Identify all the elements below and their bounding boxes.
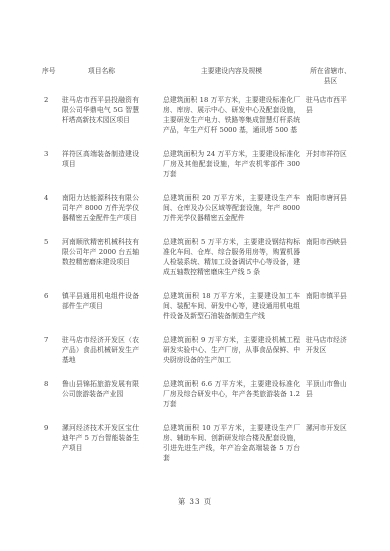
table-header-row: 序号 项目名称 主要建设内容及规模 所在省辖市、县区 — [40, 66, 354, 95]
projects-table: 序号 项目名称 主要建设内容及规模 所在省辖市、县区 2 驻马店市西平县投融资有… — [40, 66, 354, 477]
cell-location: 平顶山市鲁山县 — [306, 379, 354, 423]
cell-name: 驻马店市经济开发区（农产品）食品机械研发生产基地 — [62, 335, 163, 379]
cell-no: 5 — [40, 237, 62, 291]
cell-location: 南阳市唐河县 — [306, 193, 354, 237]
header-location: 所在省辖市、县区 — [306, 66, 354, 95]
cell-name: 鲁山县锦拓旅游发展有限公司旅游装备产业园 — [62, 379, 163, 423]
table-row: 4 南阳力达能源科技有限公司年产 8000 万件光学仪器精密五金配件生产项目 总… — [40, 193, 354, 237]
cell-name: 漯河经济技术开发区宝仕迪年产 5 万台智能装备生产项目 — [62, 423, 163, 477]
cell-no: 6 — [40, 291, 62, 335]
cell-no: 9 — [40, 423, 62, 477]
cell-content: 总建筑面积 18 万平方米，主要建设标准化厂房、库房、展示中心、研发中心及配套设… — [163, 95, 306, 149]
table-row: 9 漯河经济技术开发区宝仕迪年产 5 万台智能装备生产项目 总建筑面积 10 万… — [40, 423, 354, 477]
cell-content: 总建筑面积为 24 万平方米，主要建设标准化厂房及其他配套设施，年产农机零部件 … — [163, 149, 306, 193]
cell-location: 驻马店市经济开发区 — [306, 335, 354, 379]
cell-location: 南阳市镇平县 — [306, 291, 354, 335]
cell-content: 总建筑面积 6.6 万平方米，主要建设标准化厂房及综合研发中心，年产各类旅游装备… — [163, 379, 306, 423]
cell-no: 4 — [40, 193, 62, 237]
table-row: 2 驻马店市西平县投融资有限公司华鼎电气 5G 智慧杆塔高新技术园区项目 总建筑… — [40, 95, 354, 149]
cell-no: 2 — [40, 95, 62, 149]
cell-content: 总建筑面积 20 万平方米，主要建设生产车间、仓库及办公区域等配套设施，年产 8… — [163, 193, 306, 237]
cell-location: 开封市祥符区 — [306, 149, 354, 193]
cell-content: 总建筑面积 18 万平方米，主要建设加工车间、装配车间、研发中心等，建设通用机电… — [163, 291, 306, 335]
cell-no: 3 — [40, 149, 62, 193]
table-row: 5 河南顺欣精密机械科技有限公司年产 2000 台五轴数控精密磨床建设项目 总建… — [40, 237, 354, 291]
cell-location: 驻马店市西平县 — [306, 95, 354, 149]
header-name: 项目名称 — [62, 66, 163, 95]
cell-no: 7 — [40, 335, 62, 379]
cell-name: 河南顺欣精密机械科技有限公司年产 2000 台五轴数控精密磨床建设项目 — [62, 237, 163, 291]
cell-content: 总建筑面积 5 万平方米，主要建设钢结构标准化车间、仓库、综合服务用房等，购置机… — [163, 237, 306, 291]
cell-name: 镇平县通用机电组件设备部件生产项目 — [62, 291, 163, 335]
header-no: 序号 — [40, 66, 62, 95]
cell-name: 南阳力达能源科技有限公司年产 8000 万件光学仪器精密五金配件生产项目 — [62, 193, 163, 237]
table-row: 7 驻马店市经济开发区（农产品）食品机械研发生产基地 总建筑面积 9 万平方米，… — [40, 335, 354, 379]
table-row: 6 镇平县通用机电组件设备部件生产项目 总建筑面积 18 万平方米，主要建设加工… — [40, 291, 354, 335]
cell-name: 驻马店市西平县投融资有限公司华鼎电气 5G 智慧杆塔高新技术园区项目 — [62, 95, 163, 149]
cell-location: 南阳市西峡县 — [306, 237, 354, 291]
cell-content: 总建筑面积 10 万平方米，主要建设生产厂房、辅助车间、创新研发综合楼及配套设施… — [163, 423, 306, 477]
cell-name: 祥符区高端装备制造建设项目 — [62, 149, 163, 193]
document-page: 序号 项目名称 主要建设内容及规模 所在省辖市、县区 2 驻马店市西平县投融资有… — [0, 0, 390, 551]
header-content: 主要建设内容及规模 — [163, 66, 306, 95]
table-row: 3 祥符区高端装备制造建设项目 总建筑面积为 24 万平方米，主要建设标准化厂房… — [40, 149, 354, 193]
cell-no: 8 — [40, 379, 62, 423]
table-row: 8 鲁山县锦拓旅游发展有限公司旅游装备产业园 总建筑面积 6.6 万平方米，主要… — [40, 379, 354, 423]
page-number: 第 33 页 — [0, 497, 390, 507]
cell-location: 漯河市开发区 — [306, 423, 354, 477]
cell-content: 总建筑面积 9 万平方米，主要建设机械工程研发实验中心、生产厂房，从事食品保鲜、… — [163, 335, 306, 379]
